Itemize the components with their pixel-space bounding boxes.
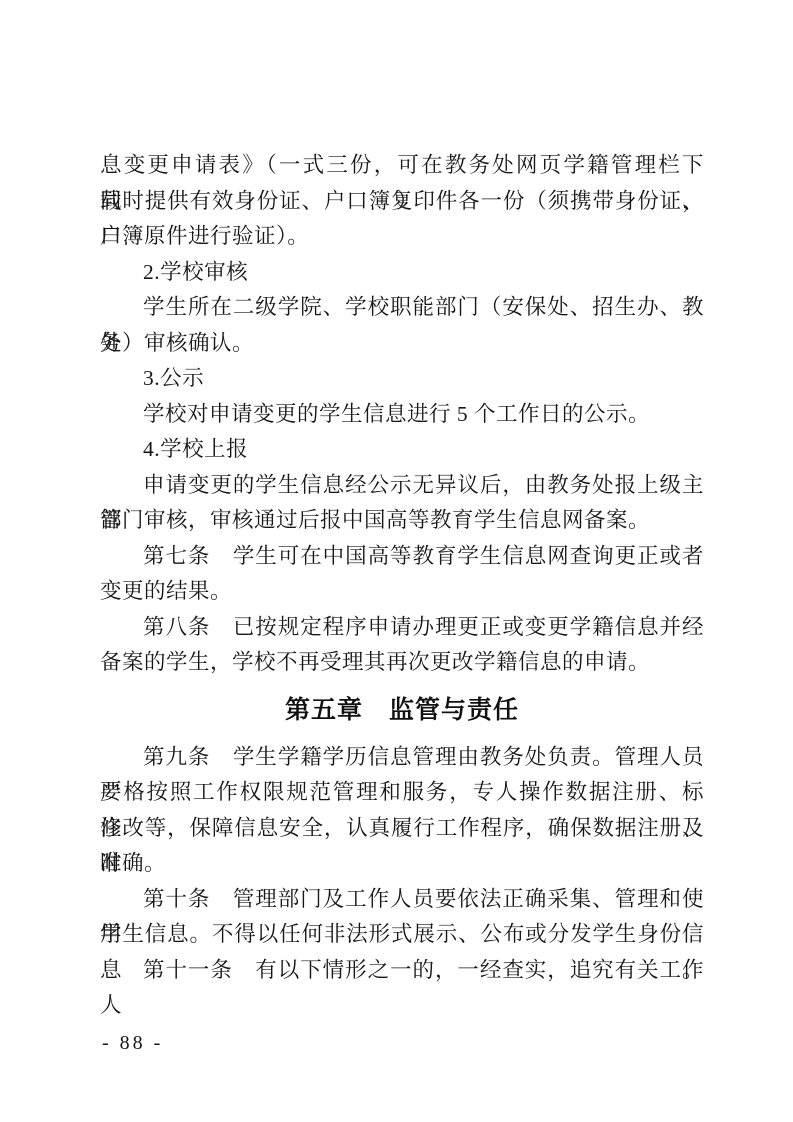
body-line: 第八条 已按规定程序申请办理更正或变更学籍信息并经 xyxy=(100,610,704,646)
body-line: 学校对申请变更的学生信息进行 5 个工作日的公示。 xyxy=(100,397,704,433)
body-line: 息变更申请表》（一式三份，可在教务处网页学籍管理栏下载）， xyxy=(100,148,704,184)
body-line: 第十一条 有以下情形之一的，一经查实，追究有关工作人 xyxy=(100,953,704,989)
body-line: 3.公示 xyxy=(100,361,704,397)
body-line: 2.学校审核 xyxy=(100,255,704,291)
body-line: 部门审核，审核通过后报中国高等教育学生信息网备案。 xyxy=(100,503,704,539)
body-line: 学生所在二级学院、学校职能部门（安保处、招生办、教务 xyxy=(100,290,704,326)
body-line: 第十条 管理部门及工作人员要依法正确采集、管理和使用 xyxy=(100,882,704,918)
body-line: 口簿原件进行验证）。 xyxy=(100,219,704,255)
body-line: 第九条 学生学籍学历信息管理由教务处负责。管理人员要 xyxy=(100,740,704,776)
body-line: 严格按照工作权限规范管理和服务，专人操作数据注册、标注、 xyxy=(100,775,704,811)
body-line: 同时提供有效身份证、户口簿复印件各一份（须携带身份证、户 xyxy=(100,184,704,220)
body-line: 修改等，保障信息安全，认真履行工作程序，确保数据注册及时 xyxy=(100,811,704,847)
document-page: 息变更申请表》（一式三份，可在教务处网页学籍管理栏下载）， 同时提供有效身份证、… xyxy=(0,0,793,1122)
body-line: 处）审核确认。 xyxy=(100,326,704,362)
page-number: - 88 - xyxy=(102,1032,163,1055)
chapter-heading: 第五章 监管与责任 xyxy=(100,681,704,740)
body-line: 准确。 xyxy=(100,846,704,882)
body-line: 4.学校上报 xyxy=(100,432,704,468)
body-line: 学生信息。不得以任何非法形式展示、公布或分发学生身份信息。 xyxy=(100,917,704,953)
body-line: 第七条 学生可在中国高等教育学生信息网查询更正或者 xyxy=(100,539,704,575)
body-line: 变更的结果。 xyxy=(100,574,704,610)
text-block: 息变更申请表》（一式三份，可在教务处网页学籍管理栏下载）， 同时提供有效身份证、… xyxy=(100,148,704,988)
body-line: 申请变更的学生信息经公示无异议后，由教务处报上级主管 xyxy=(100,468,704,504)
body-line: 备案的学生，学校不再受理其再次更改学籍信息的申请。 xyxy=(100,645,704,681)
